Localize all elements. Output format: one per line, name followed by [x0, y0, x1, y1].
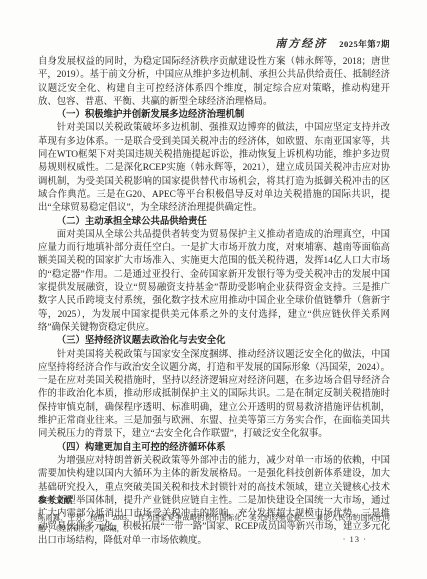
section-heading-3: （三）坚持经济议题去政治化与去安全化	[38, 335, 390, 348]
section-heading-2: （二）主动承担全球公共品供给责任	[38, 216, 390, 229]
reference-item: 陈雨露、王芳、杨明，2005，“作为国家竞争战略的货币国际化：美元的经验证据——…	[38, 513, 390, 534]
section-heading-4: （四）构建更加自主可控的经济循环体系	[38, 442, 390, 455]
journal-page: 南方经济 2025年第7期 自身发展权益的同时，为稳定国际经济秩序贡献建设性方案…	[0, 0, 427, 579]
journal-logo: 南方经济	[275, 35, 327, 51]
page-number: · 13 ·	[343, 534, 367, 544]
page-header: 南方经济 2025年第7期	[275, 35, 390, 51]
section-paragraph-2: 面对美国从全球公共品提供者转变为贸易保护主义推动者造成的治理真空，中国应量力而行…	[38, 229, 390, 335]
page-footer: · 13 ·	[343, 534, 367, 544]
references-heading: 参考文献	[38, 494, 390, 506]
section-heading-1: （一）积极维护并创新发展多边经济治理机制	[38, 109, 390, 122]
continuation-paragraph: 自身发展权益的同时，为稳定国际经济秩序贡献建设性方案（韩永辉等，2018；唐世平…	[38, 56, 390, 109]
section-paragraph-1: 针对美国以关税政策破坏多边机制、强推双边博弈的做法，中国应坚定支持并改革现有多边…	[38, 122, 390, 215]
article-body: 自身发展权益的同时，为稳定国际经济秩序贡献建设性方案（韩永辉等，2018；唐世平…	[38, 56, 390, 548]
references-section: 参考文献 陈雨露、王芳、杨明，2005，“作为国家竞争战略的货币国际化：美元的经…	[38, 494, 390, 534]
section-paragraph-3: 针对美国将关税政策与国家安全深度捆绑、推动经济议题泛安全化的做法，中国应坚持将经…	[38, 349, 390, 442]
issue-label: 2025年第7期	[339, 38, 390, 50]
